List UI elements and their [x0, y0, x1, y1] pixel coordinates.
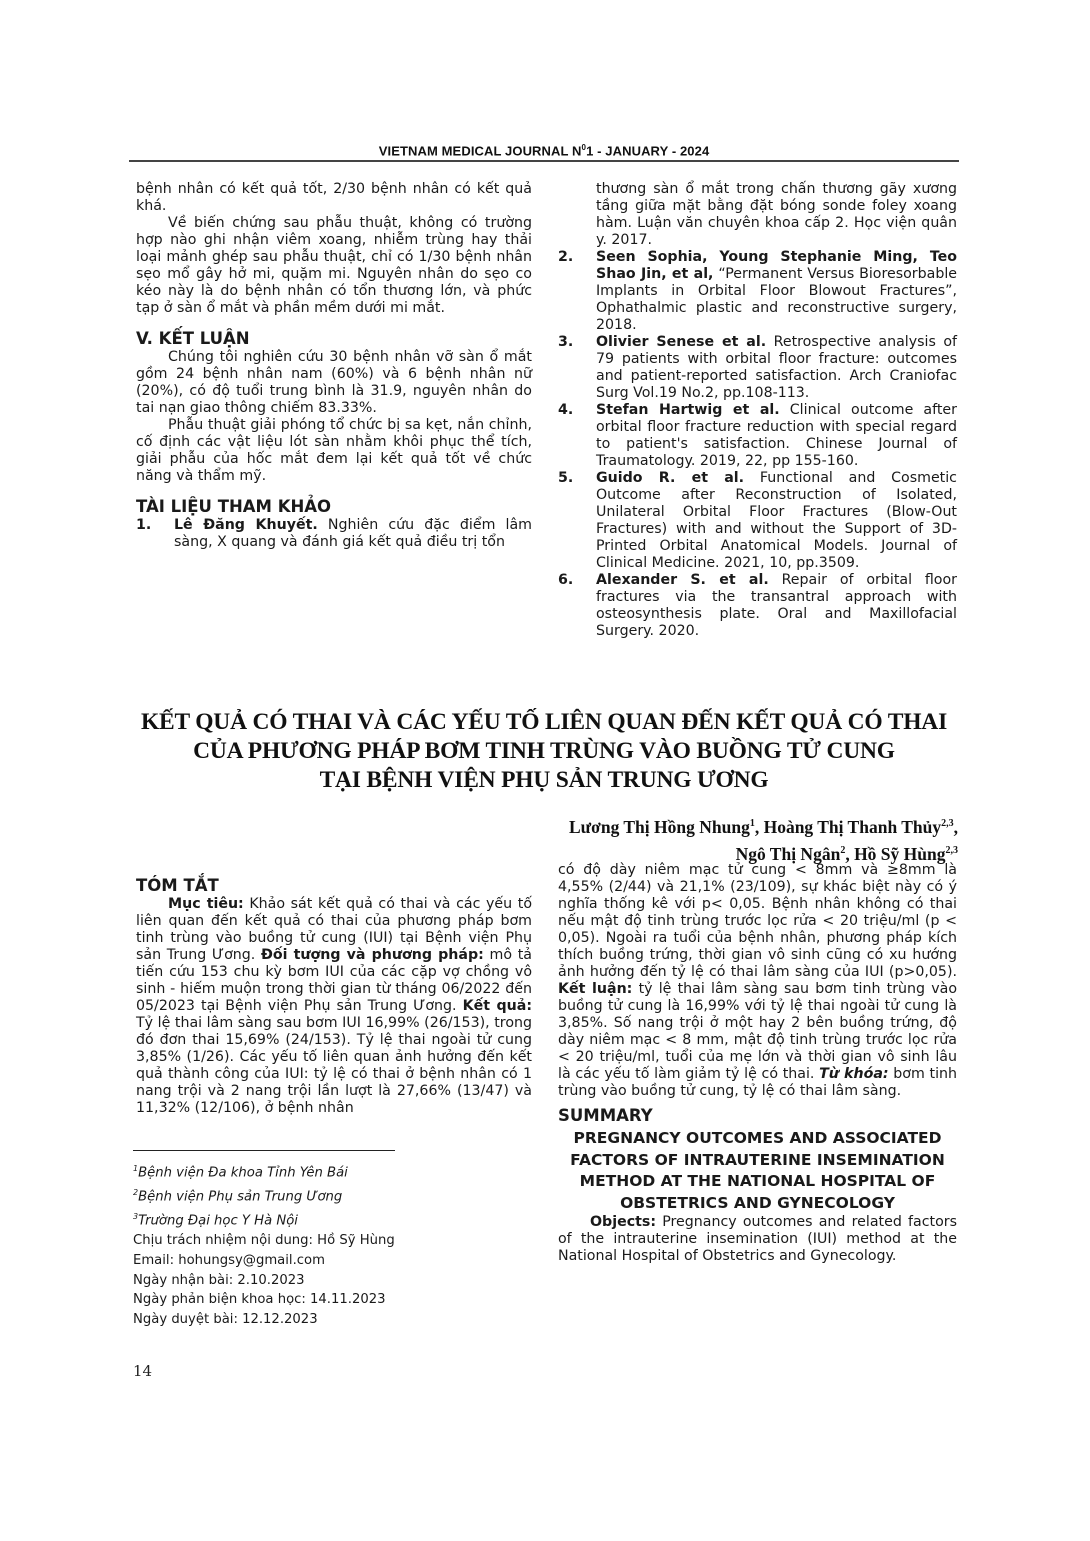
reference-item-4: 4.Stefan Hartwig et al. Clinical outcome…	[558, 402, 957, 470]
reference-number: 4.	[558, 402, 573, 419]
abstract-left-column: TÓM TẮT Mục tiêu: Khảo sát kết quả có th…	[136, 876, 532, 1117]
keywords-label: Từ khóa:	[819, 1066, 888, 1082]
methods-label: Đối tượng và phương pháp:	[261, 947, 484, 963]
author-name: Hồ Sỹ Hùng	[854, 844, 945, 864]
approved-date: Ngày duyệt bài: 12.12.2023	[133, 1310, 533, 1330]
author-separator: ,	[954, 817, 958, 837]
running-header-text: VIETNAM MEDICAL JOURNAL N	[379, 143, 582, 158]
reference-number: 1.	[136, 517, 151, 534]
affiliation-text: Bệnh viện Đa khoa Tỉnh Yên Bái	[138, 1165, 348, 1180]
summary-paragraph: Objects: Pregnancy outcomes and related …	[558, 1214, 957, 1265]
reference-text: thương sàn ổ mắt trong chấn thương gãy x…	[596, 181, 957, 248]
summary-title-line-4: OBSTETRICS AND GYNECOLOGY	[558, 1193, 957, 1215]
reference-number: 5.	[558, 470, 573, 487]
conclusion-paragraph-2: Phẫu thuật giải phóng tổ chức bị sa kẹt,…	[136, 417, 532, 485]
summary-title-line-1: PREGNANCY OUTCOMES AND ASSOCIATED	[558, 1128, 957, 1150]
abstract-paragraph-continued: có độ dày niêm mạc tử cung < 8mm và ≥8mm…	[558, 862, 957, 1100]
reference-number: 2.	[558, 249, 573, 266]
affiliation-3: 3Trường Đại học Y Hà Nội	[133, 1207, 533, 1231]
affiliation-text: Bệnh viện Phụ sản Trung Ương	[138, 1189, 342, 1204]
reference-item-5: 5.Guido R. et al. Functional and Cosmeti…	[558, 470, 957, 572]
running-header-date: 1 - JANUARY - 2024	[586, 143, 709, 158]
reference-number: 6.	[558, 572, 573, 589]
summary-title-line-2: FACTORS OF INTRAUTERINE INSEMINATION	[558, 1150, 957, 1172]
summary-title: PREGNANCY OUTCOMES AND ASSOCIATED FACTOR…	[558, 1128, 957, 1214]
header-rule	[129, 160, 959, 162]
results-label: Kết quả:	[463, 998, 532, 1014]
reference-item-1: 1.Lê Đăng Khuyết. Nghiên cứu đặc điểm lâ…	[136, 517, 532, 551]
prev-paragraph-1: bệnh nhân có kết quả tốt, 2/30 bệnh nhân…	[136, 181, 532, 215]
author-separator: ,	[755, 817, 764, 837]
objective-label: Mục tiêu:	[168, 896, 244, 912]
reference-item-3: 3.Olivier Senese et al. Retrospective an…	[558, 334, 957, 402]
author-name: Ngô Thị Ngân	[736, 844, 841, 864]
abstract-paragraph: Mục tiêu: Khảo sát kết quả có thai và cá…	[136, 896, 532, 1117]
reference-item-1-continued: thương sàn ổ mắt trong chấn thương gãy x…	[558, 181, 957, 249]
article-title-line-3: TẠI BỆNH VIỆN PHỤ SẢN TRUNG ƯƠNG	[129, 766, 959, 795]
author-list: Lương Thị Hồng Nhung1, Hoàng Thị Thanh T…	[129, 812, 958, 866]
reference-author: Alexander S. et al.	[596, 572, 769, 588]
reference-author: Guido R. et al.	[596, 470, 744, 486]
author-affiliation: 2,3	[941, 818, 954, 829]
reference-number: 3.	[558, 334, 573, 351]
author-affiliation: 2,3	[946, 845, 959, 856]
prev-paragraph-2: Về biến chứng sau phẫu thuật, không có t…	[136, 215, 532, 317]
footnotes: 1Bệnh viện Đa khoa Tỉnh Yên Bái 2Bệnh vi…	[133, 1159, 533, 1330]
reference-author: Lê Đăng Khuyết.	[174, 517, 318, 533]
received-date: Ngày nhận bài: 2.10.2023	[133, 1271, 533, 1291]
author-email: Email: hohungsy@gmail.com	[133, 1251, 533, 1271]
author-line-1: Lương Thị Hồng Nhung1, Hoàng Thị Thanh T…	[129, 812, 958, 839]
affiliation-2: 2Bệnh viện Phụ sản Trung Ương	[133, 1183, 533, 1207]
prev-article-right-column: thương sàn ổ mắt trong chấn thương gãy x…	[558, 181, 957, 640]
affiliation-text: Trường Đại học Y Hà Nội	[138, 1214, 298, 1229]
conclusion-paragraph-1: Chúng tôi nghiên cứu 30 bệnh nhân vỡ sàn…	[136, 349, 532, 417]
references-heading: TÀI LIỆU THAM KHẢO	[136, 497, 532, 517]
abstract-heading: TÓM TẮT	[136, 876, 532, 896]
abstract-right-column: có độ dày niêm mạc tử cung < 8mm và ≥8mm…	[558, 862, 957, 1265]
reviewed-date: Ngày phản biện khoa học: 14.11.2023	[133, 1290, 533, 1310]
author-name: Hoàng Thị Thanh Thủy	[764, 817, 942, 837]
responsible-author: Chịu trách nhiệm nội dung: Hồ Sỹ Hùng	[133, 1231, 533, 1251]
conclusion-heading: V. KẾT LUẬN	[136, 329, 532, 349]
summary-heading: SUMMARY	[558, 1106, 957, 1126]
article-title-line-2: CỦA PHƯƠNG PHÁP BƠM TINH TRÙNG VÀO BUỒNG…	[129, 737, 959, 766]
author-separator: ,	[845, 844, 854, 864]
reference-item-6: 6.Alexander S. et al. Repair of orbital …	[558, 572, 957, 640]
reference-author: Olivier Senese et al.	[596, 334, 766, 350]
results-text-continued: có độ dày niêm mạc tử cung < 8mm và ≥8mm…	[558, 862, 957, 980]
author-name: Lương Thị Hồng Nhung	[569, 817, 750, 837]
journal-page: VIETNAM MEDICAL JOURNAL N01 - JANUARY - …	[0, 0, 1090, 1541]
affiliation-1: 1Bệnh viện Đa khoa Tỉnh Yên Bái	[133, 1159, 533, 1183]
footnote-rule	[133, 1150, 395, 1151]
reference-author: Stefan Hartwig et al.	[596, 402, 780, 418]
page-number: 14	[133, 1362, 152, 1380]
prev-article-left-column: bệnh nhân có kết quả tốt, 2/30 bệnh nhân…	[136, 181, 532, 551]
article-title: KẾT QUẢ CÓ THAI VÀ CÁC YẾU TỐ LIÊN QUAN …	[129, 708, 959, 795]
running-header: VIETNAM MEDICAL JOURNAL N01 - JANUARY - …	[129, 143, 959, 158]
conclusion-label: Kết luận:	[558, 981, 632, 997]
reference-item-2: 2.Seen Sophia, Young Stephanie Ming, Teo…	[558, 249, 957, 334]
article-title-line-1: KẾT QUẢ CÓ THAI VÀ CÁC YẾU TỐ LIÊN QUAN …	[129, 708, 959, 737]
results-text: Tỷ lệ thai lâm sàng sau bơm IUI 16,99% (…	[136, 1015, 532, 1116]
summary-title-line-3: METHOD AT THE NATIONAL HOSPITAL OF	[558, 1171, 957, 1193]
objects-label: Objects:	[590, 1214, 656, 1230]
